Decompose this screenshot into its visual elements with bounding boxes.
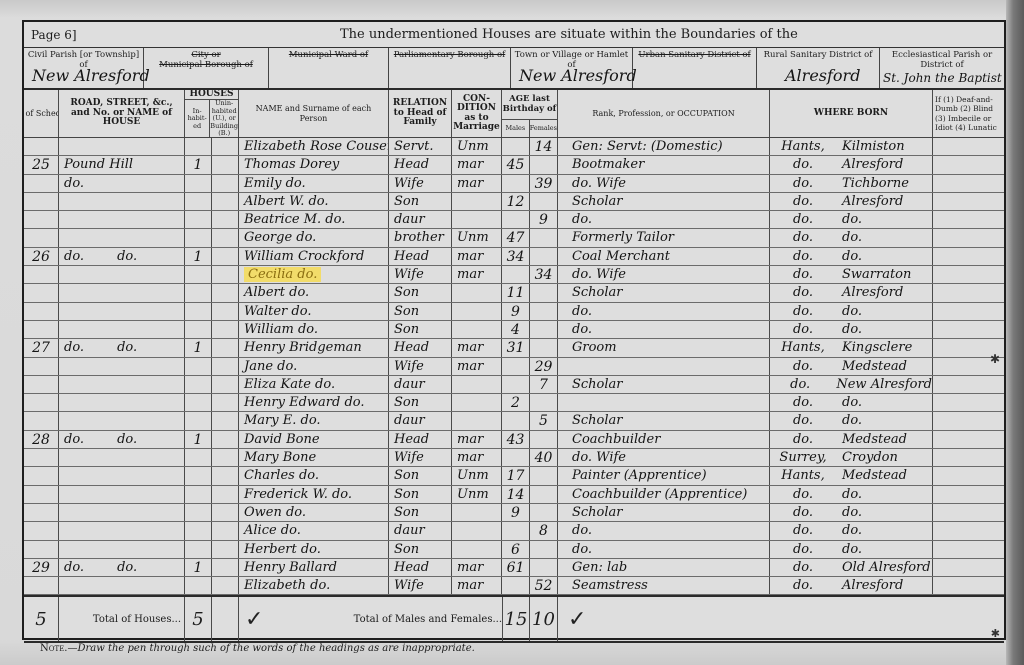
ink-blot-icon: ✱ [990, 352, 1000, 366]
born-county: do. [770, 284, 836, 301]
female-age [530, 248, 558, 265]
person-name-text: Eliza Kate do. [244, 377, 335, 392]
male-age: 9 [502, 303, 530, 320]
relation: Wife [389, 577, 452, 594]
person-name-text: William Crockford [244, 249, 364, 264]
infirmity [933, 175, 1004, 192]
occupation: Seamstress [558, 577, 770, 594]
born-place: do. [836, 412, 932, 429]
area-ecclesiastical-parish: Ecclesiastical Parish or District of St.… [880, 48, 1004, 88]
inhabited-count: 1 [185, 559, 212, 576]
schedule-number [24, 193, 59, 210]
inhabited-count [185, 449, 212, 466]
inhabited-count [185, 211, 212, 228]
schedule-number: 27 [24, 339, 59, 356]
table-row: Walter do. Son 9 do. do. do. [24, 303, 1004, 321]
person-name-text: Mary E. do. [244, 413, 321, 428]
infirmity [933, 541, 1004, 558]
occupation: Scholar [558, 376, 770, 393]
born-county: do. [770, 376, 830, 393]
road-name [59, 229, 185, 246]
relation: daur [389, 522, 452, 539]
born-place: Alresford [836, 284, 932, 301]
infirmity [933, 467, 1004, 484]
table-row: Elizabeth Rose Cousens Servt. Unm 14 Gen… [24, 138, 1004, 156]
area-label: Rural Sanitary District of [757, 50, 879, 60]
inhabited-count [185, 376, 212, 393]
inhabited-count [185, 394, 212, 411]
male-age: 11 [502, 284, 530, 301]
born-place: New Alresford [830, 376, 932, 393]
schedule-number [24, 229, 59, 246]
female-age [530, 541, 558, 558]
inhabited-count [185, 193, 212, 210]
person-name: Albert do. [239, 284, 389, 301]
infirmity [933, 229, 1004, 246]
person-name: Elizabeth do. [239, 577, 389, 594]
infirmity [933, 156, 1004, 173]
inhabited-count [185, 229, 212, 246]
relation: Wife [389, 358, 452, 375]
road-name [59, 193, 185, 210]
born-place: do. [836, 522, 932, 539]
female-age: 14 [530, 138, 558, 155]
uninhabited-count [212, 559, 239, 576]
header-houses: HOUSES In-habit-ed Unin-habited (U.), or… [185, 90, 239, 137]
person-name-text: Walter do. [244, 304, 311, 319]
road-name: do. do. [59, 248, 185, 265]
relation: Son [389, 467, 452, 484]
inhabited-count: 1 [185, 431, 212, 448]
road-name [59, 412, 185, 429]
uninhabited-count [212, 577, 239, 594]
occupation: do. [558, 321, 770, 338]
table-row: Eliza Kate do. daur 7 Scholar do. New Al… [24, 376, 1004, 394]
relation: Son [389, 284, 452, 301]
born-place: do. [836, 504, 932, 521]
where-born: do. do. [770, 248, 933, 265]
infirmity [933, 266, 1004, 283]
table-row: Jane do. Wife mar 29 do. Medstead [24, 358, 1004, 376]
person-name-text: Mary Bone [244, 450, 316, 465]
born-county: do. [770, 577, 836, 594]
infirmity [933, 559, 1004, 576]
road-name [59, 358, 185, 375]
born-county: do. [770, 193, 836, 210]
road-name [59, 284, 185, 301]
area-parliamentary-borough: Parliamentary Borough of [389, 48, 511, 88]
born-county: do. [770, 211, 836, 228]
person-name-text: Thomas Dorey [244, 157, 339, 172]
relation: daur [389, 376, 452, 393]
person-name: Frederick W. do. [239, 486, 389, 503]
total-houses-label: Total of Houses... [59, 597, 185, 641]
born-place: do. [836, 321, 932, 338]
infirmity [933, 394, 1004, 411]
table-row: 25 Pound Hill 1 Thomas Dorey Head mar 45… [24, 156, 1004, 174]
relation: Head [389, 248, 452, 265]
road-name [59, 266, 185, 283]
born-place: do. [836, 229, 932, 246]
infirmity [933, 486, 1004, 503]
area-struck-label: City or [144, 50, 268, 60]
male-age [502, 138, 530, 155]
person-name-text: Alice do. [244, 523, 301, 538]
schedule-number: 29 [24, 559, 59, 576]
where-born: do. do. [770, 321, 933, 338]
area-town: Town or Village or Hamlet of New Alresfo… [511, 48, 633, 88]
occupation: Scholar [558, 284, 770, 301]
condition: mar [452, 577, 502, 594]
table-row: Albert do. Son 11 Scholar do. Alresford [24, 284, 1004, 302]
female-age [530, 321, 558, 338]
female-age: 40 [530, 449, 558, 466]
page-number: Page 6] [31, 28, 77, 42]
administrative-areas: Civil Parish [or Township] of New Alresf… [24, 48, 1004, 90]
born-place: Croydon [836, 449, 932, 466]
age-subheaders: Males Females [502, 120, 557, 137]
totals-remainder: ✓ [558, 597, 1004, 641]
table-row: Beatrice M. do. daur 9 do. do. do. [24, 211, 1004, 229]
inhabited-count [185, 321, 212, 338]
female-age [530, 504, 558, 521]
road-name [59, 486, 185, 503]
uninhabited-count [212, 156, 239, 173]
table-row: 27 do. do. 1 Henry Bridgeman Head mar 31… [24, 339, 1004, 357]
born-place: do. [836, 303, 932, 320]
born-place: Alresford [836, 577, 932, 594]
born-county: do. [770, 486, 836, 503]
male-age [502, 266, 530, 283]
condition [452, 504, 502, 521]
born-county: do. [770, 394, 836, 411]
male-age [502, 449, 530, 466]
person-name-text: David Bone [244, 432, 320, 447]
total-persons-label-cell: ✓ Total of Males and Females... [239, 597, 502, 641]
uninhabited-count [212, 138, 239, 155]
person-name: Elizabeth Rose Cousens [239, 138, 389, 155]
uninhabited-count [212, 303, 239, 320]
person-name: William Crockford [239, 248, 389, 265]
condition [452, 303, 502, 320]
relation: Son [389, 504, 452, 521]
male-age: 61 [502, 559, 530, 576]
where-born: do. Old Alresford [770, 559, 933, 576]
schedule-number [24, 358, 59, 375]
column-headers: No. of Schedule ROAD, STREET, &c., and N… [24, 90, 1004, 138]
occupation: do. [558, 211, 770, 228]
occupation: Scholar [558, 412, 770, 429]
title-bar: Page 6] The undermentioned Houses are si… [24, 22, 1004, 48]
female-age: 34 [530, 266, 558, 283]
where-born: do. do. [770, 394, 933, 411]
female-age: 29 [530, 358, 558, 375]
total-houses-value: 5 [192, 609, 203, 630]
born-county: Hants, [770, 467, 836, 484]
total-uninhabited-cell [212, 597, 239, 641]
condition [452, 394, 502, 411]
person-name: Charles do. [239, 467, 389, 484]
born-place: Old Alresford [836, 559, 932, 576]
male-age: 17 [502, 467, 530, 484]
born-place: do. [836, 248, 932, 265]
schedule-number [24, 303, 59, 320]
inhabited-count [185, 358, 212, 375]
road-name [59, 467, 185, 484]
uninhabited-count [212, 376, 239, 393]
condition: Unm [452, 486, 502, 503]
born-county: do. [770, 175, 836, 192]
where-born: do. do. [770, 504, 933, 521]
born-place: Alresford [836, 193, 932, 210]
person-name: George do. [239, 229, 389, 246]
where-born: do. Swarraton [770, 266, 933, 283]
ink-blot-icon: ✱ [991, 627, 1000, 640]
uninhabited-count [212, 358, 239, 375]
born-county: do. [770, 156, 836, 173]
area-civil-parish: Civil Parish [or Township] of New Alresf… [24, 48, 144, 88]
infirmity [933, 138, 1004, 155]
inhabited-count [185, 175, 212, 192]
condition [452, 376, 502, 393]
born-place: Medstead [836, 467, 932, 484]
female-age: 52 [530, 577, 558, 594]
where-born: do. do. [770, 229, 933, 246]
relation: Son [389, 394, 452, 411]
male-age [502, 175, 530, 192]
male-age: 2 [502, 394, 530, 411]
road-name: do. do. [59, 431, 185, 448]
uninhabited-count [212, 522, 239, 539]
schedule-number [24, 541, 59, 558]
male-age [502, 211, 530, 228]
header-inhabited: In-habit-ed [185, 100, 210, 137]
born-place: Tichborne [836, 175, 932, 192]
infirmity [933, 303, 1004, 320]
infirmity [933, 376, 1004, 393]
road-name [59, 303, 185, 320]
inhabited-count [185, 504, 212, 521]
schedule-number [24, 486, 59, 503]
relation: Son [389, 541, 452, 558]
person-name: Emily do. [239, 175, 389, 192]
person-name: Mary E. do. [239, 412, 389, 429]
born-county: do. [770, 504, 836, 521]
inhabited-count [185, 486, 212, 503]
person-name: Beatrice M. do. [239, 211, 389, 228]
area-municipal-borough: City or Municipal Borough of [144, 48, 269, 88]
person-name: Alice do. [239, 522, 389, 539]
table-row: William do. Son 4 do. do. do. [24, 321, 1004, 339]
uninhabited-count [212, 211, 239, 228]
person-name-text: Henry Ballard [244, 560, 337, 575]
houses-subheaders: In-habit-ed Unin-habited (U.), or Buildi… [185, 100, 238, 137]
born-place: Medstead [836, 358, 932, 375]
where-born: do. do. [770, 522, 933, 539]
born-place: Kingsclere [836, 339, 932, 356]
where-born: Hants, Kingsclere [770, 339, 933, 356]
occupation: Bootmaker [558, 156, 770, 173]
occupation [558, 358, 770, 375]
female-age [530, 339, 558, 356]
born-county: do. [770, 431, 836, 448]
uninhabited-count [212, 449, 239, 466]
born-place: Swarraton [836, 266, 932, 283]
header-condition: CON-DITION as to Marriage [452, 90, 502, 137]
inhabited-count [185, 412, 212, 429]
condition [452, 193, 502, 210]
header-age: AGE last Birthday of Males Females [502, 90, 558, 137]
female-age [530, 193, 558, 210]
infirmity [933, 577, 1004, 594]
total-males-cell: 15 [502, 597, 530, 641]
where-born: do. Alresford [770, 284, 933, 301]
table-row: Owen do. Son 9 Scholar do. do. [24, 504, 1004, 522]
header-uninhabited: Unin-habited (U.), or Building (B.) [210, 100, 238, 137]
condition: mar [452, 449, 502, 466]
where-born: Hants, Kilmiston [770, 138, 933, 155]
footnote: Note.—Draw the pen through such of the w… [40, 643, 475, 654]
table-row: Charles do. Son Unm 17 Painter (Apprenti… [24, 467, 1004, 485]
check-mark-icon: ✓ [245, 607, 263, 632]
total-houses-cell: 5 [185, 597, 212, 641]
infirmity [933, 321, 1004, 338]
occupation: Painter (Apprentice) [558, 467, 770, 484]
road-name [59, 522, 185, 539]
where-born: do. Medstead [770, 358, 933, 375]
born-place: do. [836, 486, 932, 503]
where-born: do. do. [770, 412, 933, 429]
relation: Wife [389, 266, 452, 283]
road-name [59, 211, 185, 228]
relation: brother [389, 229, 452, 246]
born-county: do. [770, 358, 836, 375]
book-binding-edge [1006, 0, 1024, 665]
total-persons-label: Total of Males and Females... [354, 614, 502, 625]
male-age: 45 [502, 156, 530, 173]
uninhabited-count [212, 504, 239, 521]
total-females: 10 [532, 609, 555, 630]
condition: mar [452, 559, 502, 576]
born-county: do. [770, 559, 836, 576]
road-name [59, 541, 185, 558]
occupation: Coachbuilder (Apprentice) [558, 486, 770, 503]
infirmity [933, 248, 1004, 265]
male-age: 31 [502, 339, 530, 356]
person-name: Eliza Kate do. [239, 376, 389, 393]
area-value: New Alresford [32, 66, 150, 85]
person-name: Owen do. [239, 504, 389, 521]
inhabited-count: 1 [185, 339, 212, 356]
condition: mar [452, 175, 502, 192]
male-age [502, 376, 530, 393]
relation: Son [389, 303, 452, 320]
relation: Son [389, 321, 452, 338]
where-born: Hants, Medstead [770, 467, 933, 484]
relation: Son [389, 193, 452, 210]
uninhabited-count [212, 284, 239, 301]
male-age [502, 358, 530, 375]
schedule-number: 25 [24, 156, 59, 173]
uninhabited-count [212, 467, 239, 484]
person-name-text: Elizabeth Rose Cousens [244, 139, 389, 154]
uninhabited-count [212, 394, 239, 411]
person-name: Jane do. [239, 358, 389, 375]
schedule-number [24, 376, 59, 393]
uninhabited-count [212, 412, 239, 429]
person-name: Henry Edward do. [239, 394, 389, 411]
census-sheet: Page 6] The undermentioned Houses are si… [22, 20, 1006, 640]
female-age: 8 [530, 522, 558, 539]
person-name: Thomas Dorey [239, 156, 389, 173]
infirmity [933, 284, 1004, 301]
schedules-count-cell: 5 [24, 597, 59, 641]
condition: Unm [452, 138, 502, 155]
road-name [59, 449, 185, 466]
male-age: 9 [502, 504, 530, 521]
born-county: Hants, [770, 339, 836, 356]
table-row: Mary E. do. daur 5 Scholar do. do. [24, 412, 1004, 430]
table-row: Frederick W. do. Son Unm 14 Coachbuilder… [24, 486, 1004, 504]
uninhabited-count [212, 193, 239, 210]
relation: Servt. [389, 138, 452, 155]
born-county: do. [770, 541, 836, 558]
schedule-number [24, 449, 59, 466]
boundaries-title: The undermentioned Houses are situate wi… [340, 27, 798, 42]
where-born: do. Medstead [770, 431, 933, 448]
uninhabited-count [212, 339, 239, 356]
born-place: Medstead [836, 431, 932, 448]
schedule-number [24, 504, 59, 521]
infirmity [933, 431, 1004, 448]
born-place: do. [836, 394, 932, 411]
total-females-cell: 10 [530, 597, 558, 641]
road-name [59, 577, 185, 594]
condition: mar [452, 358, 502, 375]
relation: Head [389, 559, 452, 576]
header-age-label: AGE last Birthday of [502, 90, 557, 120]
female-age: 7 [530, 376, 558, 393]
schedule-number [24, 321, 59, 338]
person-name: William do. [239, 321, 389, 338]
inhabited-count: 1 [185, 156, 212, 173]
person-name: Henry Ballard [239, 559, 389, 576]
born-place: Kilmiston [836, 138, 932, 155]
born-county: do. [770, 412, 836, 429]
person-name: Albert W. do. [239, 193, 389, 210]
person-name-text: Beatrice M. do. [244, 212, 345, 227]
condition [452, 541, 502, 558]
female-age [530, 394, 558, 411]
occupation: Scholar [558, 193, 770, 210]
inhabited-count [185, 303, 212, 320]
where-born: do. Alresford [770, 577, 933, 594]
condition [452, 412, 502, 429]
relation: Head [389, 339, 452, 356]
occupation: do. Wife [558, 175, 770, 192]
census-rows: Elizabeth Rose Cousens Servt. Unm 14 Gen… [24, 138, 1004, 595]
condition: mar [452, 248, 502, 265]
inhabited-count: 1 [185, 248, 212, 265]
infirmity [933, 449, 1004, 466]
total-males: 15 [505, 609, 528, 630]
road-name [59, 376, 185, 393]
person-name-text: Jane do. [244, 359, 297, 374]
male-age [502, 412, 530, 429]
schedule-number [24, 284, 59, 301]
area-label: Urban Sanitary District of [633, 50, 756, 60]
born-county: Hants, [770, 138, 836, 155]
